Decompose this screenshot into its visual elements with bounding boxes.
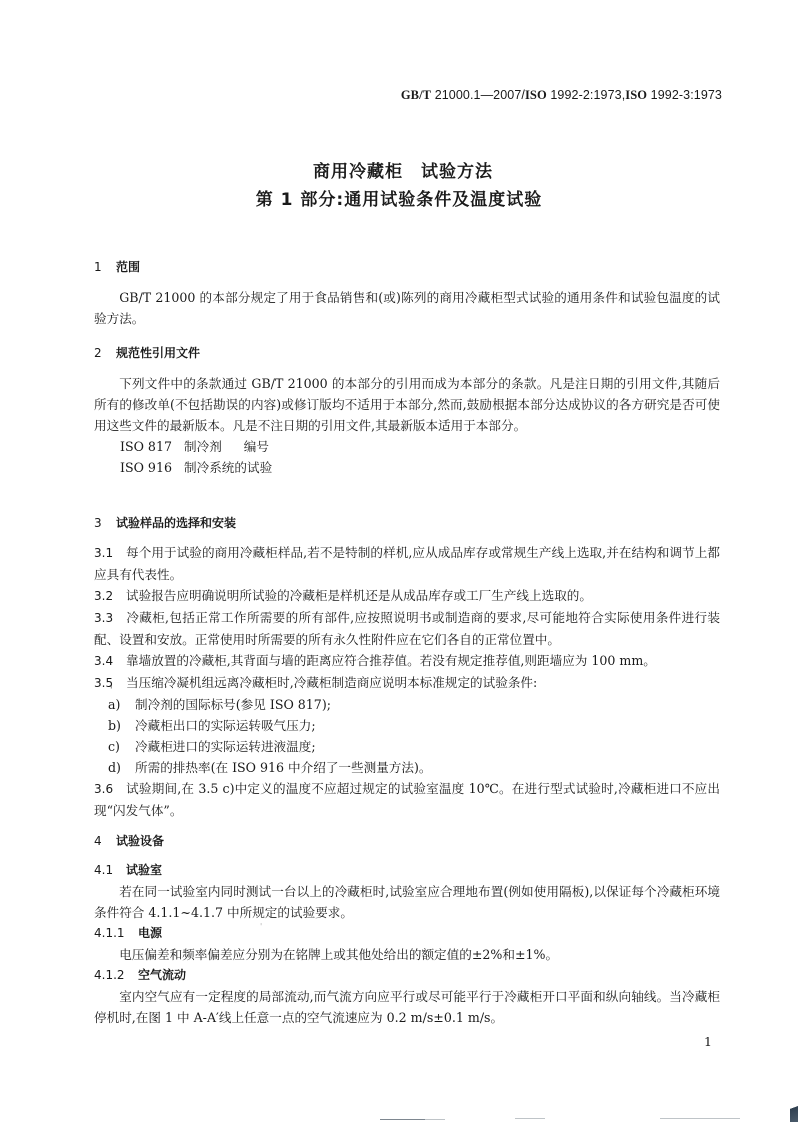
reference-title: 制冷系统的试验	[184, 460, 272, 475]
list-text: 冷藏柜出口的实际运转吸气压力;	[135, 718, 316, 733]
scan-artifact-mark: '	[260, 922, 262, 931]
clause-3-4: 3.4靠墙放置的冷藏柜,其背面与墙的距离应符合推荐值。若没有规定推荐值,则距墙应…	[94, 650, 720, 672]
section-1-body: GB/T 21000 的本部分规定了用于食品销售和(或)陈列的商用冷藏柜型式试验…	[94, 287, 720, 329]
paragraph: 若在同一试验室内同时测试一台以上的冷藏柜时,试验室应合理地布置(例如使用隔板),…	[94, 881, 720, 923]
section-number: 1	[94, 260, 116, 274]
standard-number: 21000.1—2007/	[431, 88, 525, 102]
clause-number: 3.2	[94, 586, 126, 607]
clause-text: 每个用于试验的商用冷藏柜样品,若不是特制的样机,应从成品库存或常规生产线上选取,…	[94, 545, 720, 582]
section-title: 范围	[116, 260, 140, 274]
section-title: 规范性引用文件	[116, 346, 200, 360]
reference-title-part: 编号	[244, 439, 269, 454]
clause-text: 试验期间,在 3.5 c)中定义的温度不应超过规定的试验室温度 10℃。在进行型…	[94, 781, 720, 818]
list-label: a)	[108, 694, 135, 715]
section-2-heading: 2规范性引用文件	[94, 344, 200, 361]
clause-3-1: 3.1每个用于试验的商用冷藏柜样品,若不是特制的样机,应从成品库存或常规生产线上…	[94, 542, 720, 585]
list-item-c: c)冷藏柜进口的实际运转进液温度;	[94, 736, 720, 757]
section-4-body: 4.1试验室 若在同一试验室内同时测试一台以上的冷藏柜时,试验室应合理地布置(例…	[94, 860, 720, 1028]
subsection-title: 空气流动	[138, 968, 186, 982]
subsection-4-1-1-heading: 4.1.1电源	[94, 923, 720, 944]
clause-text: 冷藏柜,包括正常工作所需要的所有部件,应按照说明书或制造商的要求,尽可能地符合实…	[94, 610, 720, 647]
title-sub: 第 1 部分:通用试验条件及温度试验	[0, 186, 798, 214]
list-item-d: d)所需的排热率(在 ISO 916 中介绍了一些测量方法)。	[94, 757, 720, 778]
standard-code-header: GB/T 21000.1—2007/ISO 1992-2:1973,ISO 19…	[401, 88, 722, 103]
scan-artifact-mark: '	[110, 686, 112, 696]
clause-3-5: 3.5当压缩冷凝机组远离冷藏柜时,冷藏柜制造商应说明本标准规定的试验条件:	[94, 672, 720, 694]
scan-corner-artifact	[790, 1098, 798, 1122]
paragraph: GB/T 21000 的本部分规定了用于食品销售和(或)陈列的商用冷藏柜型式试验…	[94, 287, 720, 329]
list-label: c)	[108, 736, 135, 757]
list-item-a: a)制冷剂的国际标号(参见 ISO 817);	[94, 694, 720, 715]
subsection-number: 4.1.1	[94, 923, 138, 944]
section-title: 试验设备	[116, 834, 164, 848]
scan-edge-line	[515, 1118, 545, 1119]
page-number: 1	[704, 1034, 712, 1049]
scan-edge-line	[380, 1119, 425, 1120]
list-label: d)	[108, 757, 135, 778]
list-item-b: b)冷藏柜出口的实际运转吸气压力;	[94, 715, 720, 736]
paragraph: 下列文件中的条款通过 GB/T 21000 的本部分的引用而成为本部分的条款。凡…	[94, 373, 720, 436]
clause-3-3: 3.3冷藏柜,包括正常工作所需要的所有部件,应按照说明书或制造商的要求,尽可能地…	[94, 607, 720, 650]
iso-prefix-1: ISO	[525, 88, 547, 102]
section-3-body: 3.1每个用于试验的商用冷藏柜样品,若不是特制的样机,应从成品库存或常规生产线上…	[94, 542, 720, 821]
section-3-heading: 3试验样品的选择和安装	[94, 514, 236, 531]
reference-code: ISO 916	[120, 457, 184, 478]
clause-number: 3.4	[94, 651, 126, 672]
subsection-4-1-2-heading: 4.1.2空气流动	[94, 965, 720, 986]
reference-title: 制冷剂	[184, 439, 222, 454]
reference-item: ISO 916制冷系统的试验	[94, 457, 720, 478]
paragraph: 室内空气应有一定程度的局部流动,而气流方向应平行或尽可能平行于冷藏柜开口平面和纵…	[94, 986, 720, 1028]
section-title: 试验样品的选择和安装	[116, 516, 236, 530]
reference-item: ISO 817制冷剂编号	[94, 436, 720, 457]
subsection-title: 电源	[138, 926, 162, 940]
list-text: 所需的排热率(在 ISO 916 中介绍了一些测量方法)。	[135, 760, 432, 775]
iso-prefix-2: ISO	[625, 88, 647, 102]
reference-code: ISO 817	[120, 436, 184, 457]
clause-text: 试验报告应明确说明所试验的冷藏柜是样机还是从成品库存或工厂生产线上选取的。	[126, 588, 592, 603]
scan-edge-line	[660, 1118, 740, 1119]
list-label: b)	[108, 715, 135, 736]
paragraph: 电压偏差和频率偏差应分别为在铭牌上或其他处给出的额定值的±2%和±1%。	[94, 944, 720, 965]
section-4-heading: 4试验设备	[94, 832, 164, 849]
title-main: 商用冷藏柜 试验方法	[0, 158, 798, 186]
document-title: 商用冷藏柜 试验方法 第 1 部分:通用试验条件及温度试验	[0, 158, 798, 214]
clause-number: 3.6	[94, 779, 126, 800]
list-text: 制冷剂的国际标号(参见 ISO 817);	[135, 697, 331, 712]
subsection-number: 4.1	[94, 860, 126, 881]
clause-3-2: 3.2试验报告应明确说明所试验的冷藏柜是样机还是从成品库存或工厂生产线上选取的。	[94, 585, 720, 607]
section-number: 4	[94, 834, 116, 848]
scan-edge-line	[425, 1119, 445, 1120]
clause-number: 3.3	[94, 608, 126, 629]
section-2-body: 下列文件中的条款通过 GB/T 21000 的本部分的引用而成为本部分的条款。凡…	[94, 373, 720, 478]
section-number: 3	[94, 516, 116, 530]
subsection-4-1-heading: 4.1试验室	[94, 860, 720, 881]
subsection-title: 试验室	[126, 863, 162, 877]
clause-number: 3.1	[94, 543, 126, 564]
iso-number-1: 1992-2:1973,	[547, 88, 625, 102]
clause-text: 靠墙放置的冷藏柜,其背面与墙的距离应符合推荐值。若没有规定推荐值,则距墙应为 1…	[126, 653, 656, 668]
clause-3-6: 3.6试验期间,在 3.5 c)中定义的温度不应超过规定的试验室温度 10℃。在…	[94, 778, 720, 821]
section-1-heading: 1范围	[94, 258, 140, 275]
clause-text: 当压缩冷凝机组远离冷藏柜时,冷藏柜制造商应说明本标准规定的试验条件:	[126, 675, 537, 690]
section-number: 2	[94, 346, 116, 360]
iso-number-2: 1992-3:1973	[647, 88, 722, 102]
list-text: 冷藏柜进口的实际运转进液温度;	[135, 739, 316, 754]
standard-prefix: GB/T	[401, 88, 431, 102]
subsection-number: 4.1.2	[94, 965, 138, 986]
document-page: GB/T 21000.1—2007/ISO 1992-2:1973,ISO 19…	[0, 0, 798, 1122]
